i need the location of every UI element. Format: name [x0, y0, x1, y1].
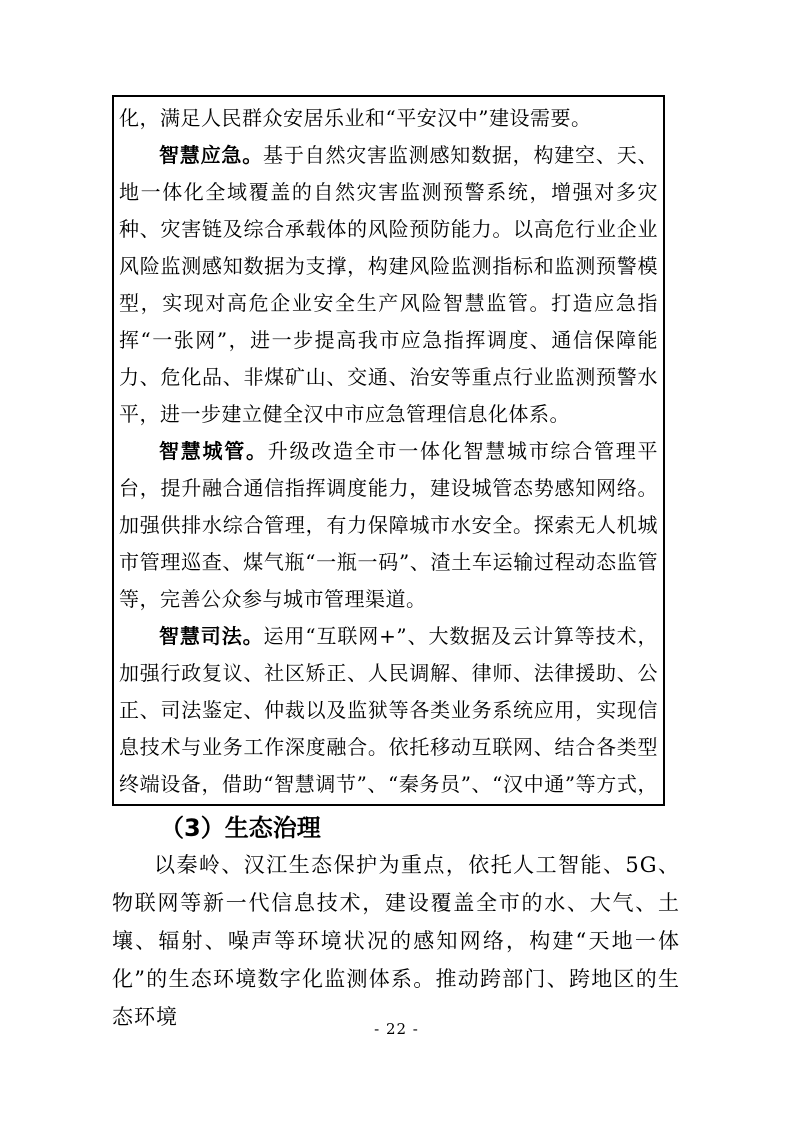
page-number: - 22 -: [0, 1020, 793, 1038]
paragraph-lead-smart-emergency: 智慧应急。: [159, 143, 263, 167]
eco-governance-heading: （3）生态治理: [112, 812, 682, 844]
paragraph-body-smart-justice: 运用“互联网+”、大数据及云计算等技术，加强行政复议、社区矫正、人民调解、律师、…: [119, 624, 658, 806]
bordered-text-box: 化，满足人民群众安居乐业和“平安汉中”建设需要。 智慧应急。基于自然灾害监测感知…: [112, 95, 665, 806]
paragraph-lead-smart-justice: 智慧司法。: [159, 624, 264, 648]
continuation-paragraph: 化，满足人民群众安居乐业和“平安汉中”建设需要。: [119, 100, 658, 137]
smart-emergency-paragraph: 智慧应急。基于自然灾害监测感知数据，构建空、天、地一体化全域覆盖的自然灾害监测预…: [119, 137, 658, 433]
smart-justice-paragraph: 智慧司法。运用“互联网+”、大数据及云计算等技术，加强行政复议、社区矫正、人民调…: [119, 618, 658, 806]
document-page: 化，满足人民群众安居乐业和“平安汉中”建设需要。 智慧应急。基于自然灾害监测感知…: [0, 0, 793, 1122]
paragraph-lead-smart-urban-management: 智慧城管。: [159, 439, 268, 463]
paragraph-body-smart-urban-management: 升级改造全市一体化智慧城市综合管理平台，提升融合通信指挥调度能力，建设城管态势感…: [119, 439, 658, 611]
eco-governance-paragraph: 以秦岭、汉江生态保护为重点，依托人工智能、5G、物联网等新一代信息技术，建设覆盖…: [112, 846, 680, 1036]
paragraph-body-smart-emergency: 基于自然灾害监测感知数据，构建空、天、地一体化全域覆盖的自然灾害监测预警系统，增…: [119, 143, 658, 426]
smart-urban-management-paragraph: 智慧城管。升级改造全市一体化智慧城市综合管理平台，提升融合通信指挥调度能力，建设…: [119, 433, 658, 618]
